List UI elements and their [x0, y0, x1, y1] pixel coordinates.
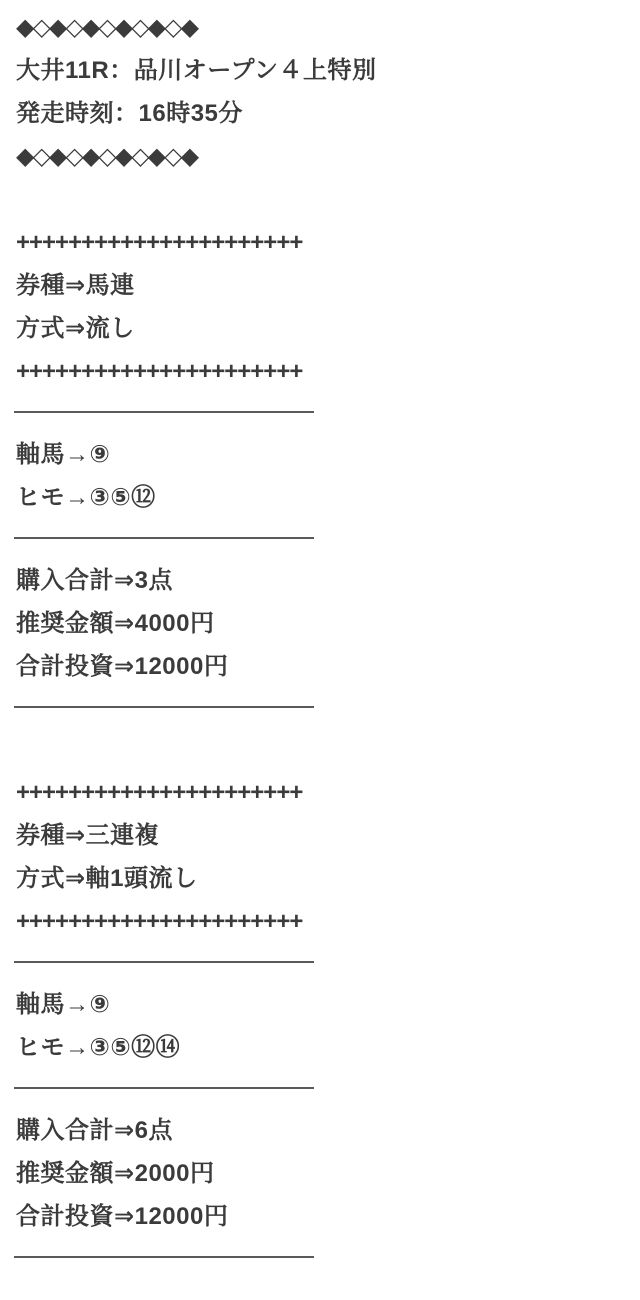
diamond-divider-top: ◆◇◆◇◆◇◆◇◆◇◆ [16, 6, 624, 49]
total-investment-2: 合計投資⇒12000円 [16, 1195, 624, 1238]
race-title: 大井11R：品川オープン４上特別 [16, 49, 624, 92]
bet-type-1: 券種⇒馬連 [16, 264, 624, 307]
horizontal-rule [14, 1256, 314, 1258]
diamond-divider-bottom: ◆◇◆◇◆◇◆◇◆◇◆ [16, 135, 624, 178]
bet-method-2: 方式⇒軸1頭流し [16, 857, 624, 900]
horizontal-rule [14, 961, 314, 963]
plus-divider-top-2: ++++++++++++++++++++++ [16, 771, 624, 814]
horizontal-rule [14, 411, 314, 413]
bet-method-1: 方式⇒流し [16, 307, 624, 350]
total-points-2: 購入合計⇒6点 [16, 1109, 624, 1152]
total-investment-1: 合計投資⇒12000円 [16, 645, 624, 688]
horizontal-rule [14, 537, 314, 539]
plus-divider-bottom-1: ++++++++++++++++++++++ [16, 350, 624, 393]
horizontal-rule [14, 1087, 314, 1089]
recommended-amount-2: 推奨金額⇒2000円 [16, 1152, 624, 1195]
bet-type-2: 券種⇒三連複 [16, 814, 624, 857]
blank-line [16, 728, 624, 771]
total-points-1: 購入合計⇒3点 [16, 559, 624, 602]
plus-divider-top-1: ++++++++++++++++++++++ [16, 221, 624, 264]
himo-horses-2: ヒモ→③⑤⑫⑭ [16, 1026, 624, 1069]
recommended-amount-1: 推奨金額⇒4000円 [16, 602, 624, 645]
start-time: 発走時刻：16時35分 [16, 92, 624, 135]
betting-tip-page: ◆◇◆◇◆◇◆◇◆◇◆ 大井11R：品川オープン４上特別 発走時刻：16時35分… [0, 0, 640, 1300]
himo-horses-1: ヒモ→③⑤⑫ [16, 476, 624, 519]
horizontal-rule [14, 706, 314, 708]
plus-divider-bottom-2: ++++++++++++++++++++++ [16, 900, 624, 943]
blank-line [16, 178, 624, 221]
axis-horse-1: 軸馬→⑨ [16, 433, 624, 476]
axis-horse-2: 軸馬→⑨ [16, 983, 624, 1026]
